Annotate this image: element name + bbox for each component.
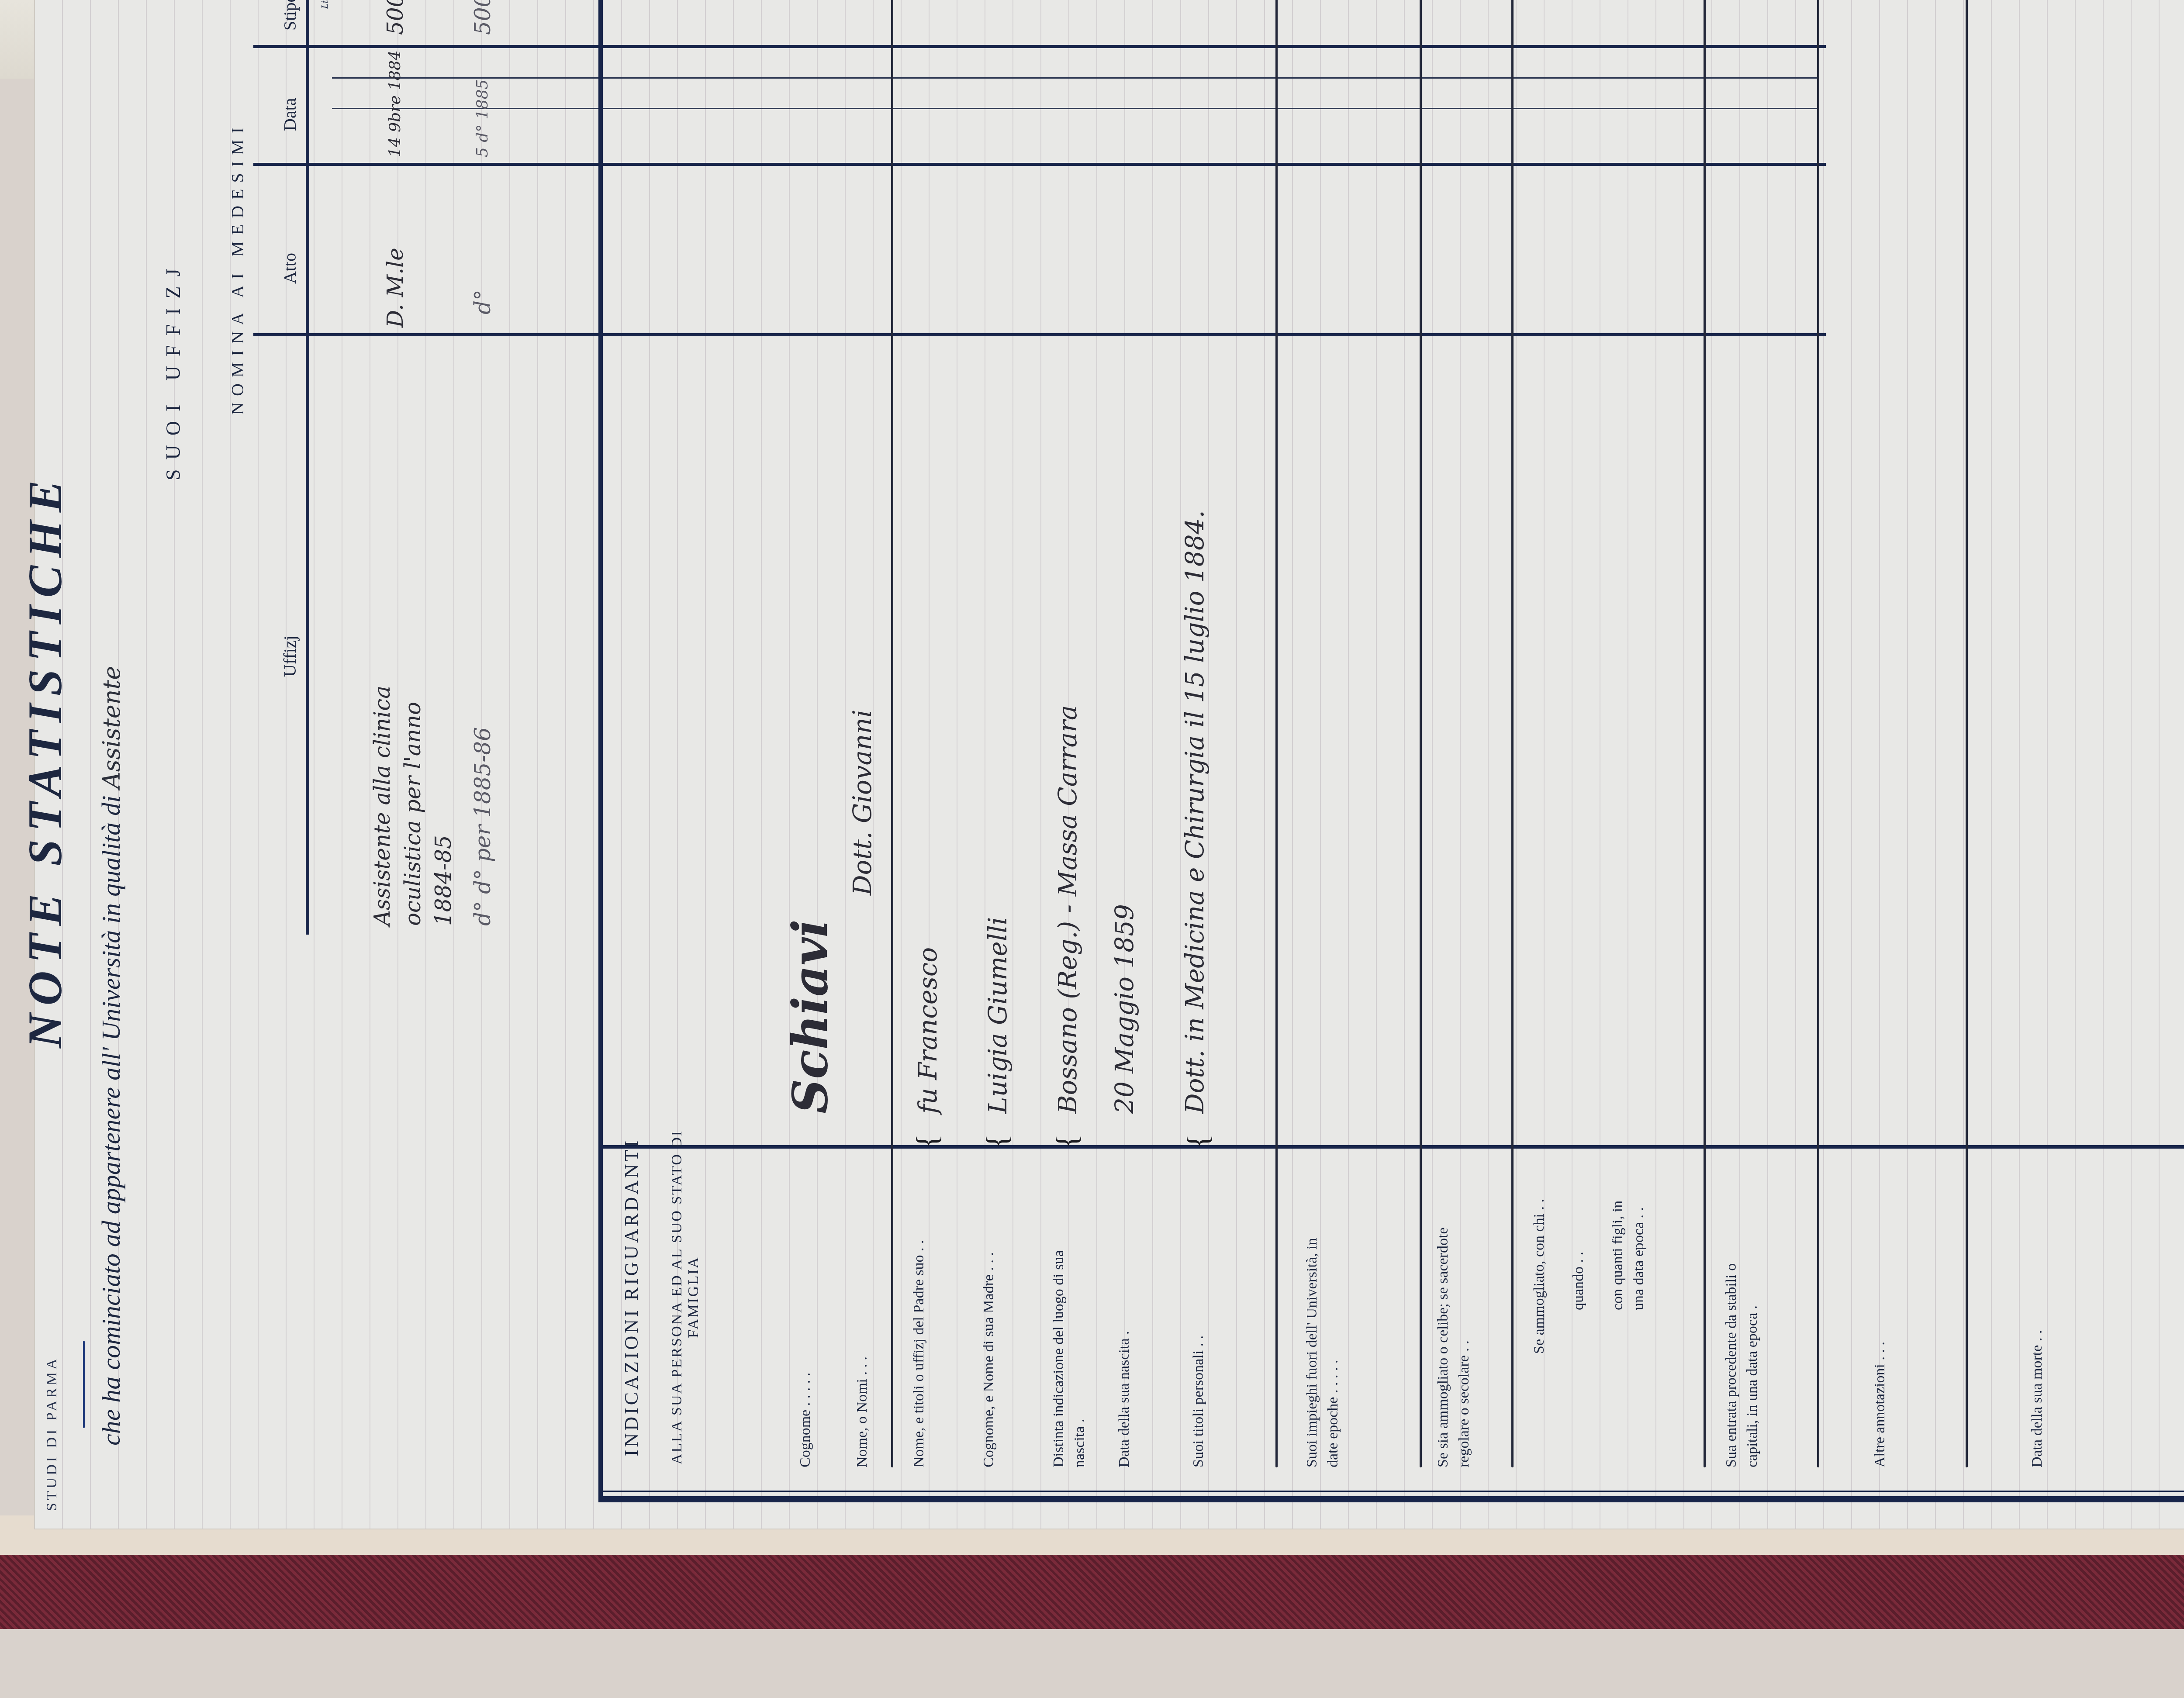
- brace-ornament: {: [1057, 1122, 1078, 1149]
- row-divider: [891, 0, 893, 1467]
- appt-uffizj: Assistente alla clinica oculistica per l…: [367, 681, 459, 926]
- row-divider: [1704, 0, 1706, 1467]
- field-label-figli: con quanti figli, in una data epoca . .: [1607, 1188, 1649, 1467]
- field-label-quando: quando . .: [1568, 1188, 1589, 1467]
- row-divider: [1420, 0, 1422, 1467]
- field-label-impieghi: Suoi impieghi fuori dell' Università, in…: [1302, 1223, 1344, 1467]
- personal-section-header: INDICAZIONI RIGUARDANTI ALLA SUA PERSONA…: [620, 1118, 702, 1476]
- field-label-titoli: Suoi titoli personali . .: [1188, 1170, 1209, 1467]
- institution-name: STUDI DI PARMA: [44, 1356, 60, 1511]
- appt-data: 14 9bre 1884: [380, 50, 411, 157]
- field-value-titoli: Dott. in Medicina e Chirurgia il 15 lugl…: [1171, 109, 1219, 1114]
- appt-uffizj: d° d° per 1885-86: [467, 681, 498, 926]
- col-rule: [253, 333, 1826, 336]
- field-label-morte: Data della sua morte . .: [2027, 1170, 2048, 1467]
- field-label-entrata: Sua entrata procedente da stabili o capi…: [1721, 1223, 1763, 1467]
- field-value-data-nascita: 20 Maggio 1859: [1109, 904, 1139, 1114]
- field-value-cognome: Schiavi: [782, 919, 838, 1114]
- field-label-madre: Cognome, e Nome di sua Madre . . .: [978, 1232, 999, 1467]
- field-label-data-nascita: Data della sua nascita .: [1114, 1170, 1135, 1467]
- header-rule: [306, 0, 309, 935]
- field-value-luogo-nascita: Bossano (Reg.) - Massa Carrara: [1053, 705, 1082, 1114]
- appt-stipendio: 500: [380, 0, 411, 35]
- brace-ornament: {: [917, 1122, 938, 1149]
- field-label-cognome: Cognome . . . . .: [795, 1170, 816, 1467]
- intro-text: che ha cominciato ad appartenere all' Un…: [97, 795, 125, 1446]
- col-subrule: [332, 77, 1817, 79]
- row-divider: [1275, 0, 1278, 1467]
- ornament-rule: [83, 1341, 85, 1428]
- column-divider: [598, 1145, 2184, 1149]
- col-rule: [253, 45, 1826, 48]
- field-label-luogo-nascita: Distinta indicazione del luogo di sua na…: [1048, 1223, 1090, 1467]
- frame-rule: [598, 1496, 2184, 1502]
- appt-stipendio: 500: [467, 0, 498, 35]
- field-label-nome: Nome, o Nomi . . .: [852, 1170, 873, 1467]
- field-label-con-chi: Se ammogliato, con chi . .: [1529, 1188, 1550, 1467]
- brace-ornament: {: [987, 1122, 1008, 1149]
- appt-atto: d°: [467, 290, 498, 314]
- col-subrule: [332, 108, 1817, 109]
- row-divider: [1817, 0, 1819, 1467]
- frame-rule: [598, 1491, 2184, 1492]
- col-header-stipendio: Stipendio: [280, 0, 300, 31]
- col-header-data: Data: [280, 98, 300, 131]
- field-label-annotazioni: Altre annotazioni . . .: [1870, 1170, 1890, 1467]
- frame-rule: [598, 0, 603, 1502]
- personal-section-title: INDICAZIONI RIGUARDANTI: [620, 1118, 643, 1476]
- field-label-padre: Nome, e titoli o uffizj del Padre suo . …: [909, 1232, 930, 1467]
- appt-data: 5 d° 1885: [467, 79, 498, 157]
- row-divider: [1966, 0, 1968, 1467]
- field-value-nome: Dott. Giovanni: [847, 710, 877, 895]
- row-divider: [1511, 0, 1514, 1467]
- field-value-madre: Luigia Giumelli: [983, 917, 1013, 1114]
- appointments-title: SUOI UFFIZJ: [162, 259, 185, 480]
- col-header-uffizj: Uffizj: [280, 635, 300, 677]
- ruled-lines: [35, 0, 2184, 1529]
- field-label-stato-civile: Se sia ammogliato o celibe; se sacerdote…: [1433, 1223, 1475, 1467]
- col-rule: [253, 163, 1826, 166]
- intro-line: che ha cominciato ad appartenere all' Un…: [96, 666, 126, 1446]
- currency-note: Lire n. c: [319, 0, 330, 9]
- appointments-subtitle: NOMINA AI MEDESIMI: [227, 121, 248, 415]
- page-title: NOTE STATISTICHE: [17, 473, 73, 1048]
- ledger-page: STUDI DI PARMA NOTE STATISTICHE che ha c…: [35, 0, 2184, 1529]
- col-header-atto: Atto: [280, 253, 300, 284]
- book-cover: [0, 1555, 2184, 1629]
- appt-atto: D. M.le: [380, 248, 411, 328]
- personal-section-subtitle: ALLA SUA PERSONA ED AL SUO STATO DI FAMI…: [669, 1118, 702, 1476]
- field-value-padre: fu Francesco: [913, 947, 943, 1114]
- brace-ornament: {: [1188, 1122, 1209, 1149]
- intro-handwritten: Assistente: [98, 666, 125, 789]
